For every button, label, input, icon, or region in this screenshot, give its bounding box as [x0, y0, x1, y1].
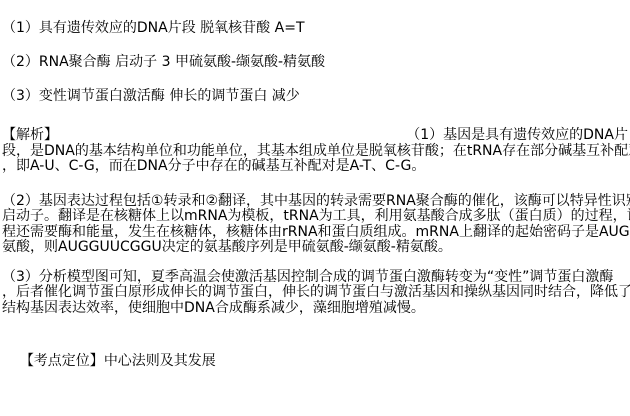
analysis-para1-line: ，即A-U、C-G，而在DNA分子中存在的碱基互补配对是A-T、C-G。 [2, 159, 628, 175]
analysis-para2: （2）基因表达过程包括①转录和②翻译，其中基因的转录需要RNA聚合酶的催化，该酶… [2, 194, 628, 256]
analysis-first-line: 【解析】 （1）基因是具有遗传效应的DNA片 [2, 128, 628, 144]
analysis-para2-line: 程还需要酶和能量，发生在核糖体，核糖体由rRNA和蛋白质组成。mRNA上翻译的起… [2, 225, 628, 241]
analysis-para3-line: （3）分析模型图可知，夏季高温会使激活基因控制合成的调节蛋白激酶转变为“变性”调… [2, 270, 628, 286]
answer-line-3: （3）变性调节蛋白激活酶 伸长的调节蛋白 减少 [2, 89, 628, 104]
analysis-para2-line: 氨酸，则AUGGUUCGGU决定的氨基酸序列是甲硫氨酸-缬氨酸-精氨酸。 [2, 240, 628, 256]
analysis-para1-start: （1）基因是具有遗传效应的DNA片 [406, 128, 628, 144]
analysis-section: 【解析】 （1）基因是具有遗传效应的DNA片 段，是DNA的基本结构单位和功能单… [2, 128, 628, 316]
analysis-para3: （3）分析模型图可知，夏季高温会使激活基因控制合成的调节蛋白激酶转变为“变性”调… [2, 270, 628, 317]
analysis-para1-line: 段，是DNA的基本结构单位和功能单位，其基本组成单位是脱氧核苷酸；在tRNA存在… [2, 144, 628, 160]
exam-point-section: 【考点定位】中心法则及其发展 [2, 338, 628, 385]
exam-point-label: 【考点定位】 [20, 353, 104, 369]
analysis-para3-line: 结构基因表达效率，使细胞中DNA合成酶系减少，藻细胞增殖减慢。 [2, 301, 628, 317]
analysis-label: 【解析】 [2, 128, 58, 144]
exam-point-text: 中心法则及其发展 [104, 353, 216, 369]
answers-section: （1）具有遗传效应的DNA片段 脱氧核苷酸 A=T （2）RNA聚合酶 启动子 … [2, 21, 628, 104]
analysis-para2-line: 启动子。翻译是在核糖体上以mRNA为模板，tRNA为工具，利用氨基酸合成多肽（蛋… [2, 209, 628, 225]
answer-line-2: （2）RNA聚合酶 启动子 3 甲硫氨酸-缬氨酸-精氨酸 [2, 55, 628, 70]
analysis-para3-line: ，后者催化调节蛋白原形成伸长的调节蛋白，伸长的调节蛋白与激活基因和操纵基因同时结… [2, 285, 628, 301]
document-page: （1）具有遗传效应的DNA片段 脱氧核苷酸 A=T （2）RNA聚合酶 启动子 … [0, 0, 630, 416]
answer-line-1: （1）具有遗传效应的DNA片段 脱氧核苷酸 A=T [2, 21, 628, 36]
analysis-para2-line: （2）基因表达过程包括①转录和②翻译，其中基因的转录需要RNA聚合酶的催化，该酶… [2, 194, 628, 210]
